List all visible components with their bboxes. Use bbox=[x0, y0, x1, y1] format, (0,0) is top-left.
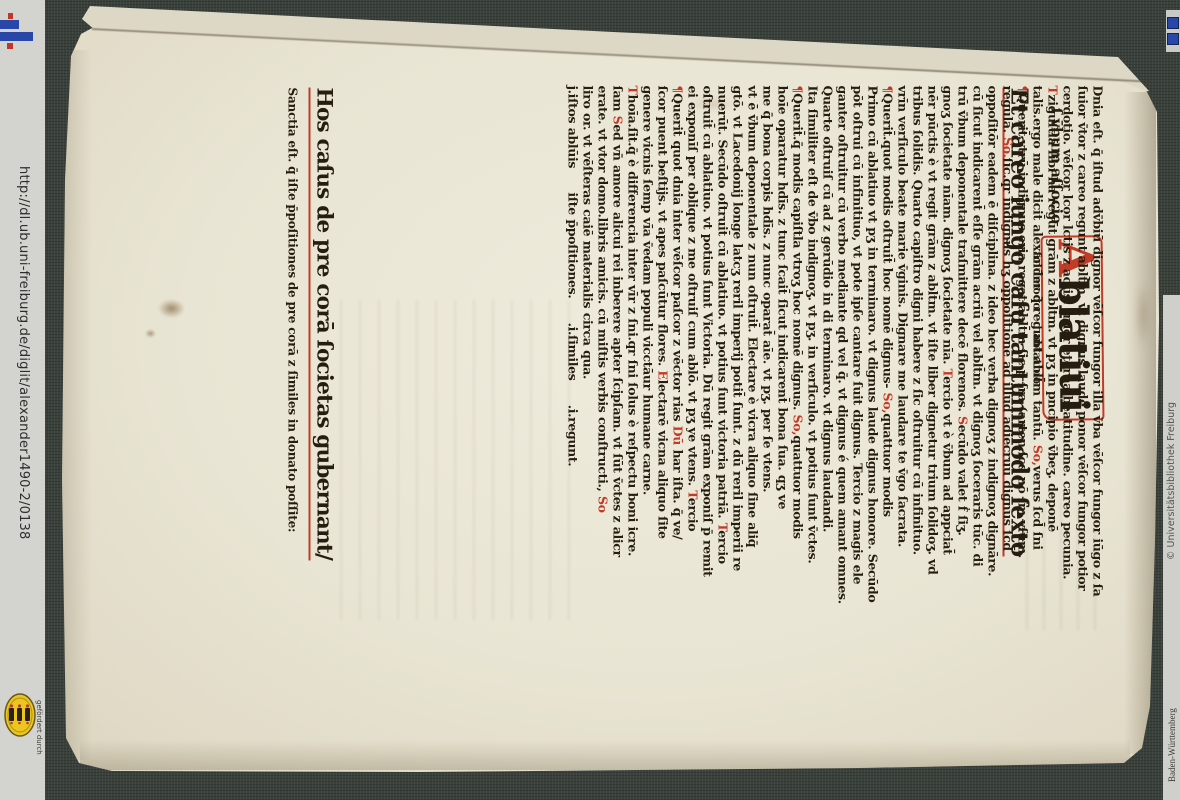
manuscript-line: erate. vt vtor domo.libris amicis. cū mi… bbox=[595, 85, 610, 603]
manuscript-line: ſam Sed vn̄ amore alicui rei inberere ap… bbox=[610, 85, 625, 603]
manuscript-line: ſuior v̄tor z careo regunt ablt̄m. vt di… bbox=[1075, 85, 1090, 603]
manuscript-line: tribus ſolidis. Quarto capiſtro digni ha… bbox=[910, 85, 925, 603]
registration-square bbox=[1167, 33, 1179, 45]
manuscript-text-block: ſ v̄bum aſſocio Ablatiui ſolūmodo .i.abl… bbox=[283, 85, 1105, 628]
manuscript-line: nuerūt. Secūdo oſtruit̄ cū ablatiuo. vt … bbox=[715, 85, 730, 603]
manuscript-line: Ita ſimiliter eſt de v̄bo indignoʒ. vt p… bbox=[805, 85, 820, 603]
manuscript-line: nēr pūctis è vt regit grām z ablt̄m. vt … bbox=[925, 85, 940, 603]
region-watermark: Baden-Württemberg bbox=[1167, 708, 1177, 782]
manuscript-line: Primo cū ablatiuo vt pʒ in terminaro. vt… bbox=[865, 85, 880, 603]
manuscript-page: ſ v̄bum aſſocio Ablatiui ſolūmodo .i.abl… bbox=[0, 0, 1180, 800]
manuscript-line: ¶Querit̄ quot dnia inter vēſcor paſcor z… bbox=[670, 85, 685, 603]
manuscript-line: Tziguſtiā ſibi ha regūt grām z ablt̄m. v… bbox=[1045, 85, 1060, 603]
registration-mark-blue bbox=[0, 32, 33, 41]
ink-stain bbox=[158, 299, 185, 318]
manuscript-line: trū v̄bum deponentale traſmittere decē f… bbox=[955, 85, 970, 603]
manuscript-line: ſcor puent beſtijs. vt apes paſcūtur flo… bbox=[655, 85, 670, 603]
manuscript-line: hoīe oparatur hdīs. z tunc ſcait̄ ſicut … bbox=[775, 85, 790, 603]
manuscript-line: cerdotio. vēſcor lcor lctis z actis. ſru… bbox=[1060, 85, 1075, 603]
manuscript-line: ganter oſtruitur cū verbo mediante qd ve… bbox=[835, 85, 850, 603]
stain bbox=[1134, 280, 1152, 350]
manuscript-line: liro or. vt vēſteras caiē materialis cir… bbox=[580, 85, 595, 603]
manuscript-line: vrīn verſiculo beate marie v̄ginis. Dign… bbox=[895, 85, 910, 603]
registration-mark-red bbox=[7, 43, 13, 49]
rotated-text-layer: ſ v̄bum aſſocio Ablatiui ſolūmodo .i.abl… bbox=[283, 85, 1105, 628]
manuscript-line: cū ſicut indicarent̄ eſſe grām acriū vel… bbox=[970, 85, 985, 603]
manuscript-line: oppoſitōr eadem ē diſciplina. z ideo hec… bbox=[985, 85, 1000, 603]
registration-mark-red bbox=[8, 13, 13, 19]
funding-label: gefördert durch bbox=[35, 700, 43, 755]
ink-stain bbox=[145, 329, 156, 338]
manuscript-line: ei exponīſ per oblique z me oſtruiſ cum … bbox=[685, 85, 700, 603]
manuscript-line: talis.ergo male dicit̄ alexander q̄ regu… bbox=[1030, 85, 1045, 603]
manuscript-line: ¶Querit̄.vtrū indignus eria regat ablt̄m… bbox=[1015, 85, 1030, 603]
pilcrow-mark: ¶ bbox=[880, 85, 895, 93]
manuscript-line: gnoʒ ſocietate nīam. dignoʒ ſocietate nī… bbox=[940, 85, 955, 603]
page-bottom-shading bbox=[80, 740, 1130, 770]
manuscript-line: j.iſtos ablūis iſte p̄poſitiones. .i.ſim… bbox=[565, 85, 580, 603]
pilcrow-mark: ¶ bbox=[1015, 85, 1030, 93]
pilcrow-mark: ¶ bbox=[670, 85, 685, 93]
manuscript-line: Thoīa.ſit.q̄ è differencia inter vīr z ſ… bbox=[625, 85, 640, 603]
registration-square bbox=[1167, 17, 1179, 29]
page-left-shading bbox=[62, 50, 92, 760]
copyright-watermark: © Universitätsbibliothek Freiburg bbox=[1166, 402, 1177, 560]
scan-viewer: http://dl.ub.uni-freiburg.de/diglit/alex… bbox=[0, 0, 1180, 800]
manuscript-line: oſtruit̄ cū ablatiuo. vt potius ſunt Vic… bbox=[700, 85, 715, 603]
manuscript-line: ¶Querit̄.q̄ modis capiſtla vtroʒ hoc nom… bbox=[790, 85, 805, 603]
closing-line: Sanctia eſt. q̄ iſte p̄poſitiones de pre… bbox=[285, 87, 299, 532]
registration-mark-blue bbox=[0, 20, 19, 29]
manuscript-line: Dnia eſt. q̄ iſtud adv̄biū dignor vēſcor… bbox=[1090, 85, 1105, 603]
page-fore-edge-shading bbox=[1124, 92, 1156, 754]
manuscript-line: Quarte oſtruiſ cū ad z gerūdio in di ter… bbox=[820, 85, 835, 603]
funding-logo-icon bbox=[3, 692, 37, 738]
pilcrow-mark: ¶ bbox=[790, 85, 805, 93]
verse-line: Hos caſus de pre corā ſocietas gubernant… bbox=[308, 87, 336, 560]
manuscript-line: regulā. So.ſic.qr indignus hʒ oppoſition… bbox=[1000, 85, 1015, 603]
manuscript-line: vt ē v̄bum deponentale z nun oſtruit̄. E… bbox=[745, 85, 760, 603]
commentary-lines: Dnia eſt. q̄ iſtud adv̄biū dignor vēſcor… bbox=[565, 85, 1105, 603]
manuscript-line: gtō. vt Lacedonij longe latcʒ reril impe… bbox=[730, 85, 745, 603]
manuscript-line: ¶Querit̄.quot modis oſtruit̄ hoc nomē di… bbox=[880, 85, 895, 603]
url-watermark: http://dl.ub.uni-freiburg.de/diglit/alex… bbox=[16, 166, 31, 539]
manuscript-line: pōt oſtrui cū infinitiuo, vt pote ipſe c… bbox=[850, 85, 865, 603]
manuscript-line: genere vicnis ſemp vīa v̄edam populi vic… bbox=[640, 85, 655, 603]
manuscript-line: me q̄ bona corpis hdīs. z nunc oparat̄ a… bbox=[760, 85, 775, 603]
